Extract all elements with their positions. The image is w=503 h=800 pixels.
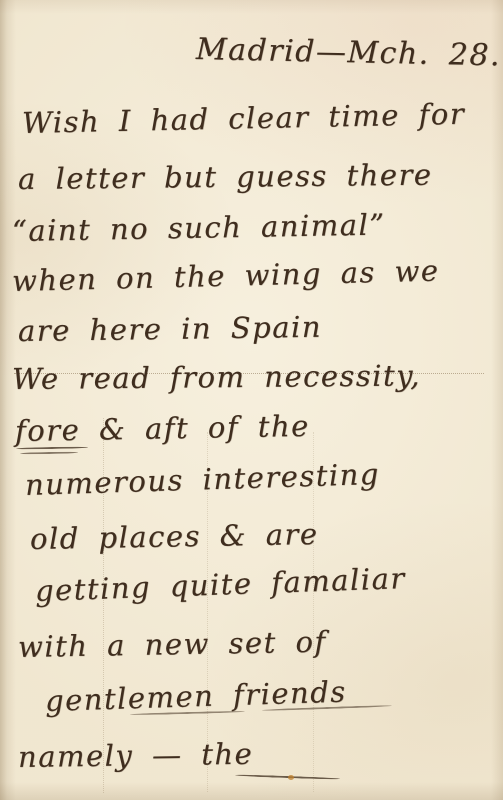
handwritten-line: when on the wing as we	[12, 254, 440, 298]
handwritten-line: Wish I had clear time for	[22, 97, 466, 140]
handwritten-line: “aint no such animal”	[12, 207, 386, 248]
paper-speck	[288, 775, 294, 780]
handwritten-line: are here in Spain	[18, 310, 322, 348]
handwritten-line: a letter but guess there	[18, 158, 433, 196]
handwritten-line: We read from necessity,	[12, 358, 421, 396]
handwritten-line: namely — the	[18, 737, 254, 774]
handwritten-line: getting quite famaliar	[34, 561, 406, 608]
pen-flourish-underline	[16, 446, 88, 449]
handwritten-line: with a new set of	[18, 625, 327, 664]
pen-flourish-underline	[20, 451, 78, 454]
handwritten-letter-photo: Madrid—Mch. 28. Wish I had clear time fo…	[0, 0, 503, 800]
handwritten-line: old places & are	[30, 517, 319, 556]
handwritten-line: numerous interesting	[24, 457, 380, 502]
handwritten-line: fore & aft of the	[15, 409, 310, 448]
letter-dateline: Madrid—Mch. 28.	[196, 32, 502, 73]
